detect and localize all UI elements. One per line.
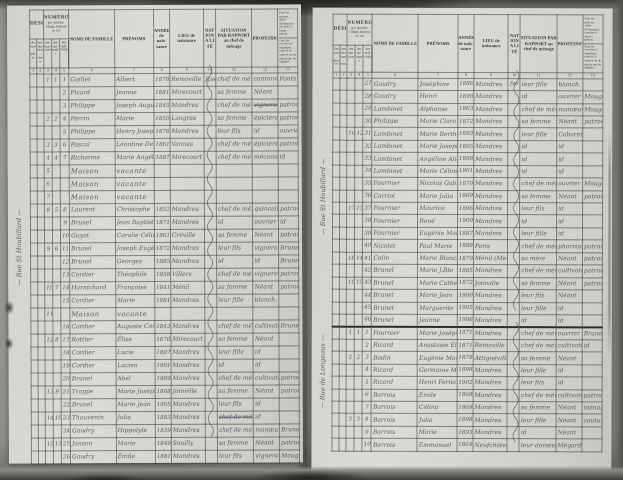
cell-nom: Lambinet — [372, 165, 418, 178]
cell-numero-individu: 5 — [362, 376, 371, 388]
census-row: 24 Gaudry Hippolyte 1839 Mandres chef de… — [31, 424, 299, 438]
cell-designation-rue — [333, 165, 340, 177]
cell-prenom: Léontine Delphine — [115, 138, 154, 151]
cell-numero-individu: 25 — [61, 438, 70, 451]
cell-designation-rue — [30, 126, 37, 139]
cell-prenom: Julia — [116, 411, 155, 424]
cell-numero-individu: 42 — [363, 264, 372, 276]
cell-designation-maison — [38, 334, 45, 347]
cell-profession: Néant — [253, 229, 279, 242]
cell-profession: Néant — [253, 333, 279, 346]
cell-annee: 1893 — [457, 128, 473, 140]
census-row: 9 Barrois Marie 1893 Mandres id Néant — [332, 426, 602, 439]
cell-prenom: Marie — [115, 294, 154, 307]
cell-nationalite — [204, 190, 216, 203]
cell-numero-individu — [60, 191, 69, 204]
cell-annee: 1889 — [155, 372, 171, 385]
census-row: 16 Cordier Auguste Constant 1843 Mandres… — [31, 320, 299, 334]
cell-nom: Lambinet — [372, 103, 418, 116]
cell-numero-maison — [347, 140, 355, 152]
cell-prenom: Émile — [116, 450, 155, 463]
cell-lieu: Mandres — [474, 128, 509, 141]
cell-nom: Ricard — [372, 364, 418, 377]
cell-designation-maison — [339, 277, 346, 289]
cell-designation-rue — [333, 103, 340, 115]
cell-numero-menage — [355, 78, 363, 90]
cell-nom: Fournier — [372, 215, 418, 228]
cell-nationalite — [508, 91, 520, 103]
cell-prenom: Marie Berthe — [418, 128, 457, 141]
cell-lieu — [170, 177, 204, 190]
cell-situation: chef de ménage — [217, 411, 253, 424]
census-row: 4 Ricard Germaine Marie 1898 Mandres leu… — [332, 364, 602, 377]
cell-numero-maison — [346, 264, 354, 276]
header-sub-rues: des rues, places — [333, 45, 340, 72]
cell-nationalite — [205, 242, 217, 255]
cell-nom: Gaudry — [372, 90, 418, 103]
cell-profession: ouvrier — [557, 91, 583, 104]
cell-designation-maison — [38, 425, 45, 438]
cell-position — [582, 365, 602, 377]
cell-annee: 1896 — [457, 203, 473, 215]
cell-position: patron — [279, 372, 299, 385]
cell-profession: cantonnier — [252, 73, 278, 86]
header-sub-maisons: des mai- sons — [347, 45, 355, 72]
cell-designation-maison — [339, 289, 346, 301]
cell-profession: Néant — [556, 352, 582, 365]
census-row: 15 Cordier Marie 1881 Mandres leur fille… — [31, 294, 299, 308]
scan-right-edge — [611, 0, 623, 480]
cell-numero-individu: 32 — [363, 140, 372, 152]
cell-profession: vigneron — [253, 242, 279, 255]
cell-profession: Néant — [252, 86, 278, 99]
cell-annee: 1905 — [457, 302, 473, 314]
cell-prenom: Henri Fernand — [417, 377, 456, 390]
cell-profession: ouvrier — [557, 178, 583, 191]
cell-designation-rue — [333, 152, 340, 164]
cell-nationalite — [205, 346, 217, 359]
cell-prenom: Marie — [417, 426, 456, 439]
census-row: 2 2 3 Bodin Eugénie Marie 1878 Attignévi… — [332, 351, 602, 364]
cell-profession: cultivateur — [556, 389, 582, 402]
cell-lieu: Mandres — [473, 389, 508, 402]
cell-numero-individu: 36 — [363, 190, 372, 202]
cell-numero-individu: 7 — [60, 152, 69, 165]
cell-designation-rue — [30, 139, 37, 152]
cell-nationalite — [205, 294, 217, 307]
cell-position: ouvrier — [278, 125, 298, 138]
cell-lieu: Mandres — [170, 255, 204, 268]
census-row: 3 3 8 Barrois Julia 1898 Mandres leur fi… — [332, 414, 602, 427]
cell-position: Mougeot — [583, 178, 603, 190]
cell-annee: 1872 — [154, 242, 170, 255]
cell-annee: 1869 — [457, 402, 473, 414]
census-row: 45 Brunel Marguerite 1905 Mandres leur f… — [332, 302, 602, 315]
header-situation: SITUATION PAR RAPPORT au chef de ménage — [215, 9, 252, 67]
cell-designation-maison — [38, 438, 45, 451]
cell-prenom: Auguste Constant — [116, 320, 155, 333]
cell-lieu: Mandres — [473, 414, 508, 427]
cell-profession: id — [556, 302, 582, 315]
census-row: 5 Maison vacante — [30, 164, 298, 178]
cell-numero-individu: 21 — [61, 386, 70, 399]
cell-numero-individu: 15 — [61, 295, 70, 308]
cell-prenom: Marguerite — [418, 302, 457, 315]
cell-nom: Nicolet — [372, 240, 418, 253]
cell-position: couturière — [582, 414, 602, 426]
cell-numero-individu: 44 — [363, 289, 372, 301]
cell-prenom: vacante — [115, 190, 154, 203]
cell-numero-individu: 1 — [362, 327, 371, 339]
cell-nom: Maison — [70, 307, 116, 320]
cell-situation: leur fils — [217, 450, 253, 463]
header-sub-individus: des indi- vidus — [363, 45, 372, 72]
cell-designation-rue — [31, 282, 38, 295]
cell-profession: blanch. — [253, 294, 279, 307]
cell-numero-maison — [347, 227, 355, 239]
census-row: 8 5 8 Laurent Christophe 1852 Mandres ch… — [30, 203, 298, 217]
cell-numero-menage — [354, 376, 362, 388]
cell-numero-individu: 10 — [362, 439, 371, 451]
cell-annee: 1893 — [457, 426, 473, 438]
cell-numero-menage — [355, 240, 363, 252]
cell-lieu: Mandres — [474, 190, 509, 203]
cell-lieu: Mandres — [473, 265, 508, 278]
cell-lieu: Mandres — [171, 450, 205, 463]
cell-numero-individu: 5 — [60, 126, 69, 139]
census-row: 11 Maison vacante — [31, 307, 299, 321]
cell-prenom: Julia — [417, 414, 456, 427]
cell-profession: Néant — [254, 385, 280, 398]
cell-prenom: Marie Catherine — [418, 277, 457, 290]
cell-position — [278, 164, 298, 177]
cell-prenom: vacante — [115, 307, 154, 320]
cell-annee: 1890 — [458, 91, 474, 103]
cell-lieu — [170, 190, 204, 203]
cell-position: patronne — [583, 116, 603, 128]
cell-numero-maison — [346, 426, 354, 438]
cell-prenom: Henri — [418, 90, 457, 103]
cell-position: patron — [582, 240, 602, 252]
cell-numero-maison — [45, 321, 53, 334]
cell-numero-individu: 17 — [61, 334, 70, 347]
cell-prenom: Henry Joseph — [115, 125, 154, 138]
cell-prenom: Élise — [116, 333, 155, 346]
cell-numero-menage: 1 — [354, 327, 362, 339]
cell-prenom: Paul Marie — [418, 240, 457, 253]
cell-designation-maison — [38, 282, 45, 295]
cell-annee: 1876 — [154, 125, 170, 138]
cell-designation-maison — [340, 215, 347, 227]
cell-lieu — [170, 164, 204, 177]
cell-nationalite — [508, 252, 520, 264]
cell-annee: 1881 — [155, 450, 171, 463]
cell-situation — [217, 307, 253, 320]
cell-nom: Guyot — [70, 229, 116, 242]
cell-annee: 1878 — [154, 73, 170, 86]
cell-designation-maison — [37, 217, 44, 230]
census-row: 18 14 41 Colin Marie Blanche 1879 Ménil … — [332, 252, 602, 265]
cell-numero-menage: 3 — [52, 139, 60, 152]
cell-designation-maison — [37, 74, 44, 87]
cell-lieu: Vannes — [170, 138, 204, 151]
cell-position: ménagère — [582, 402, 602, 414]
census-rows-left: 1 1 1 Gaillet Albert 1878 Removille fçse… — [30, 73, 300, 464]
cell-position — [279, 294, 299, 307]
cell-designation-maison — [340, 78, 347, 90]
cell-lieu: Mandres — [170, 242, 204, 255]
cell-numero-individu: 14 — [61, 282, 70, 295]
cell-prenom: Marie Jean — [418, 289, 457, 302]
cell-profession: id — [556, 364, 582, 377]
cell-numero-individu: 23 — [61, 412, 70, 425]
census-row: 13 9 21 Trappe Marie Joséphine 1868 Join… — [31, 385, 299, 399]
cell-annee: 1900 — [457, 215, 473, 227]
cell-annee: 1871 — [457, 327, 473, 339]
cell-numero-menage — [53, 425, 61, 438]
cell-nom: Thouvenin — [70, 411, 116, 424]
cell-designation-maison — [37, 87, 44, 100]
census-row: 29 Lambinet Alphonse 1863 Mandres chef d… — [333, 103, 603, 116]
header-noms: NOMS DE FAMILLE — [69, 10, 115, 68]
cell-designation-maison — [37, 152, 44, 165]
cell-annee: 1870 — [457, 178, 473, 190]
cell-situation: id — [520, 140, 557, 153]
cell-lieu: Joinville — [473, 277, 508, 290]
cell-nationalite — [508, 215, 520, 227]
cell-situation — [216, 177, 252, 190]
cell-situation: chef de ménage — [217, 372, 253, 385]
cell-lieu: Mandres — [474, 165, 509, 178]
cell-position — [278, 177, 298, 190]
cell-position — [279, 398, 299, 411]
cell-numero-maison: 8 — [44, 204, 52, 217]
cell-numero-individu: 9 — [60, 217, 69, 230]
cell-situation: sa femme — [520, 352, 557, 365]
cell-lieu: Ménil (Meuse) — [473, 252, 508, 265]
cell-annee: 1906 — [457, 314, 473, 326]
cell-nom: Brunel — [372, 264, 418, 277]
cell-annee: 1876 — [155, 333, 171, 346]
cell-numero-maison: 3 — [346, 414, 354, 426]
cell-annee: 1885 — [154, 255, 170, 268]
cell-designation-maison — [340, 103, 347, 115]
cell-nationalite — [206, 450, 218, 463]
cell-position — [582, 228, 602, 240]
cell-prenom: Alphonse — [418, 103, 457, 116]
cell-numero-individu: 34 — [363, 165, 372, 177]
cell-designation-maison — [38, 360, 45, 373]
cell-numero-menage — [53, 451, 61, 464]
cell-numero-maison: 13 — [45, 386, 53, 399]
cell-numero-maison — [346, 376, 354, 388]
cell-situation: leur fils — [520, 290, 557, 303]
cell-numero-individu: 28 — [363, 90, 372, 102]
cell-profession: Néant — [556, 402, 582, 415]
cell-position — [583, 153, 603, 165]
cell-numero-menage: 10 — [53, 412, 61, 425]
census-row: 1 1 1 Gaillet Albert 1878 Removille fçse… — [30, 73, 298, 87]
cell-situation: sa femme — [217, 437, 253, 450]
cell-numero-maison — [346, 314, 354, 326]
cell-profession: quincailler — [253, 203, 279, 216]
cell-nationalite — [204, 177, 216, 190]
cell-prenom: Abel — [116, 372, 155, 385]
cell-numero-menage — [354, 389, 362, 401]
cell-designation-rue — [333, 128, 340, 140]
cell-designation-maison — [38, 399, 45, 412]
cell-lieu: Removille — [473, 339, 508, 352]
cell-profession: Néant — [253, 281, 279, 294]
cell-nationalite — [205, 372, 217, 385]
cell-designation-rue — [332, 364, 339, 376]
cell-numero-maison — [45, 269, 53, 282]
cell-profession: Néant — [556, 427, 582, 440]
census-row: 16 12 31 Lambinet Marie Berthe 1893 Mand… — [333, 128, 603, 141]
cell-lieu: Créville — [170, 229, 204, 242]
census-row: 36 Carriol Marie Julia 1869 Mandres sa f… — [333, 190, 603, 203]
cell-position — [582, 290, 602, 302]
cell-numero-individu: 2 — [60, 87, 69, 100]
cell-profession: ouvrier — [556, 327, 582, 340]
cell-designation-rue — [332, 439, 339, 451]
header-prenoms: PRÉNOMS — [114, 10, 153, 68]
cell-nationalite: fse — [508, 78, 520, 90]
cell-situation: id — [217, 255, 253, 268]
cell-designation-maison — [37, 191, 44, 204]
cell-numero-maison — [347, 78, 355, 90]
cell-profession: id — [557, 215, 583, 228]
cell-annee: 1898 — [457, 153, 473, 165]
census-row: 33 Lambinet Angéline Alice 1898 Mandres … — [333, 152, 603, 165]
cell-nationalite — [508, 364, 520, 376]
cell-nom: Cordier — [70, 346, 116, 359]
cell-numero-menage — [355, 115, 363, 127]
cell-annee: 1861 — [154, 229, 170, 242]
cell-prenom: Coralie Célina — [115, 229, 154, 242]
cell-profession: id — [557, 203, 583, 216]
cell-nationalite — [508, 103, 520, 115]
cell-numero-individu: 39 — [363, 227, 372, 239]
cell-profession: id — [252, 125, 278, 138]
cell-nom: Picard — [69, 86, 115, 99]
cell-annee: 1898 — [457, 414, 473, 426]
printer-mark — [608, 128, 612, 358]
census-row: 7 Barrois Célina 1869 Mandres sa femme N… — [332, 401, 602, 414]
cell-nationalite — [205, 411, 217, 424]
cell-designation-rue — [332, 389, 339, 401]
cell-designation-rue — [332, 314, 339, 326]
cell-numero-menage — [354, 401, 362, 413]
cell-designation-rue — [31, 321, 38, 334]
cell-designation-rue — [31, 373, 38, 386]
cell-nationalite — [508, 165, 520, 177]
right-page: — Rue St Houbillard — — Rue de Longeaux … — [311, 8, 612, 473]
census-row: 32 Lambinet Marie Joseph 1895 Mandres id… — [333, 140, 603, 153]
cell-designation-rue — [333, 90, 340, 102]
cell-nationalite — [508, 315, 520, 327]
cell-nom: Brunel — [372, 289, 418, 302]
cell-nationalite — [204, 151, 216, 164]
cell-numero-menage: 5 — [52, 204, 60, 217]
cell-position: patronne — [582, 277, 602, 289]
cell-numero-maison: 19 — [346, 277, 354, 289]
cell-profession: cultivateur — [253, 320, 279, 333]
header-sub-menages: des mé- nages — [355, 45, 363, 72]
cell-lieu: Neufchâteau — [473, 439, 508, 452]
cell-designation-rue — [332, 327, 339, 339]
cell-nom: Lambinet — [372, 153, 418, 166]
cell-nom: Brunel — [372, 277, 418, 290]
cell-nationalite — [205, 307, 217, 320]
cell-numero-maison: 7 — [44, 191, 52, 204]
cell-designation-rue — [30, 178, 37, 191]
cell-nationalite — [205, 216, 217, 229]
census-row: 10 Guyot Coralie Célina 1861 Créville sa… — [30, 229, 298, 243]
cell-numero-maison — [346, 439, 354, 451]
cell-numero-menage — [355, 165, 363, 177]
cell-nationalite — [508, 178, 520, 190]
cell-nom: Janson — [70, 437, 116, 450]
cell-annee: 1879 — [457, 252, 473, 264]
cell-nationalite — [205, 333, 217, 346]
cell-position — [582, 427, 602, 439]
census-row: 35 Fournier Nicolas Gabriel 1870 Mandres… — [333, 177, 603, 190]
cell-numero-maison — [346, 289, 354, 301]
cell-lieu: Mandres — [474, 178, 509, 191]
cell-nom: Barrois — [371, 389, 417, 402]
cell-situation: leur fils — [216, 242, 252, 255]
cell-prenom: Marie Céline — [418, 165, 457, 178]
cell-profession: Néant — [556, 414, 582, 427]
cell-numero-menage — [355, 264, 363, 276]
cell-prenom: Marie Joseph — [418, 140, 457, 153]
cell-position — [278, 86, 298, 99]
cell-numero-menage — [355, 103, 363, 115]
cell-nom: Harnichard — [70, 281, 116, 294]
cell-position: Brunel Jph — [279, 320, 299, 333]
cell-prenom: Eugénie Marie — [418, 227, 457, 240]
cell-profession — [253, 164, 279, 177]
binding-hole — [4, 301, 14, 315]
cell-nationalite — [205, 268, 217, 281]
census-table-right: DÉSIGNATION NUMÉROSpar quartier, village… — [331, 14, 603, 452]
cell-position — [583, 203, 603, 215]
cell-lieu: Langres — [170, 112, 204, 125]
cell-nom: Brunel — [372, 314, 418, 327]
cell-numero-menage — [52, 165, 60, 178]
cell-designation-maison — [339, 351, 346, 363]
cell-designation-maison — [38, 295, 45, 308]
cell-nom: Maison — [69, 177, 115, 190]
cell-designation-maison — [339, 339, 346, 351]
cell-designation-rue — [30, 191, 37, 204]
cell-situation: leur fille — [217, 346, 253, 359]
cell-designation-maison — [340, 227, 347, 239]
cell-situation: leur fille — [520, 128, 557, 141]
cell-prenom: Joseph Eugène — [115, 242, 154, 255]
cell-prenom: Joséphine — [418, 78, 457, 91]
cell-profession: Néant — [556, 277, 582, 290]
cell-situation: sa femme — [216, 229, 252, 242]
cell-numero-individu: 1 — [60, 74, 69, 87]
cell-profession — [253, 190, 279, 203]
cell-numero-maison: 9 — [44, 243, 52, 256]
cell-numero-menage — [354, 339, 362, 351]
cell-annee — [155, 307, 171, 320]
cell-numero-menage: 14 — [355, 252, 363, 264]
cell-nom: Philippe — [69, 99, 115, 112]
